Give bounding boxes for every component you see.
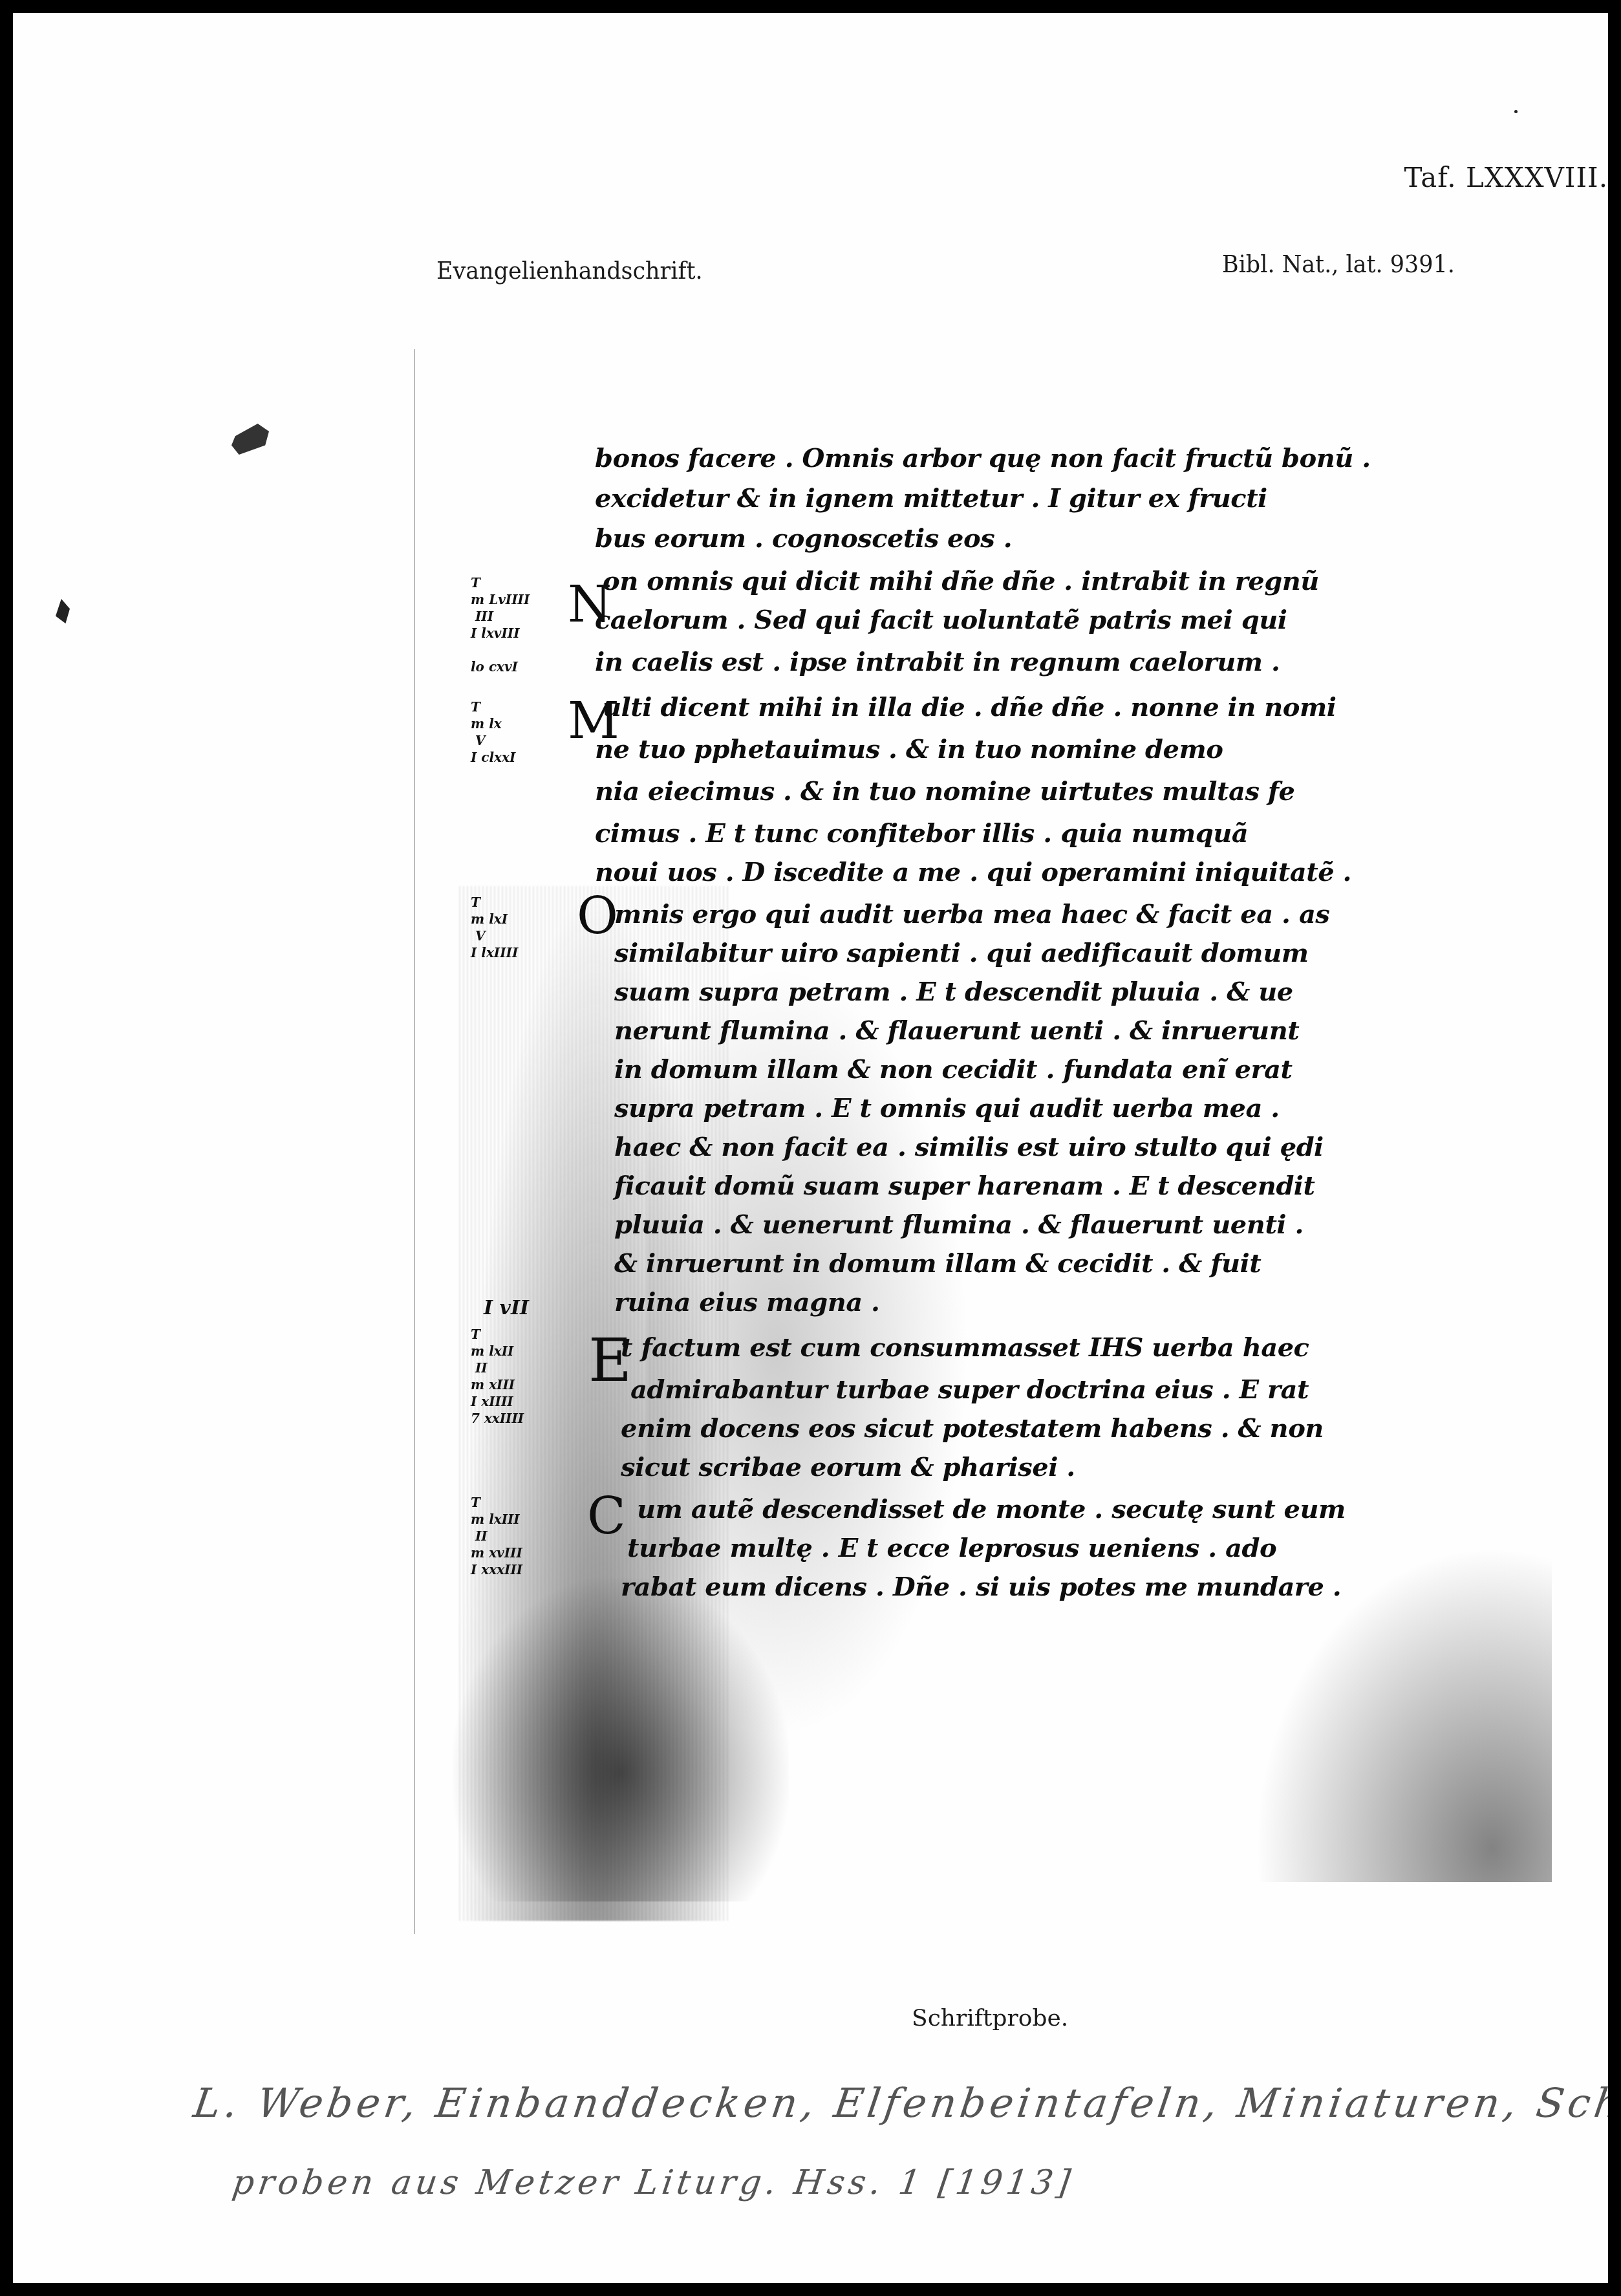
manuscript-line: in domum illam & non cecidit . fundata e… (614, 1054, 1293, 1085)
manuscript-line: enim docens eos sicut potestatem habens … (621, 1413, 1324, 1444)
manuscript-line: nia eiecimus . & in tuo nomine uirtutes … (595, 776, 1295, 807)
manuscript-line: turbae multę . E t ecce leprosus ueniens… (627, 1533, 1276, 1563)
handwritten-citation-line-2: proben aus Metzer Liturg. Hss. 1 [1913] (230, 2163, 1077, 2202)
manuscript-line: noui uos . D iscedite a me . qui operami… (595, 857, 1351, 887)
margin-note: T m lxI V I lxIIII (471, 894, 518, 961)
manuscript-line: on omnis qui dicit mihi dñe dñe . intrab… (603, 566, 1319, 596)
manuscript-line: admirabantur turbae super doctrina eius … (630, 1374, 1309, 1405)
plate-caption: Schriftprobe. (912, 2005, 1068, 2031)
margin-note: T m lx V I clxxI (471, 699, 515, 766)
manuscript-line: sicut scribae eorum & pharisei . (621, 1452, 1075, 1482)
scan-artifact (56, 599, 70, 623)
manuscript-line: suam supra petram . E t descendit pluuia… (614, 977, 1293, 1007)
margin-note: I vII (484, 1300, 529, 1317)
manuscript-line: um autẽ descendisset de monte . secutę s… (637, 1494, 1346, 1524)
manuscript-line: ruina eius magna . (614, 1287, 880, 1317)
scan-shading (453, 1578, 789, 1901)
initial-letter: O (577, 887, 618, 946)
manuscript-line: bus eorum . cognoscetis eos . (595, 523, 1012, 554)
manuscript-line: & inruerunt in domum illam & cecidit . &… (614, 1248, 1261, 1279)
scan-artifact (231, 424, 269, 455)
manuscript-line: t factum est cum consummasset IHS uerba … (621, 1332, 1309, 1363)
library-shelfmark: Bibl. Nat., lat. 9391. (1222, 250, 1455, 278)
manuscript-line: bonos facere . Omnis arbor quę non facit… (595, 443, 1371, 473)
manuscript-line: supra petram . E t omnis qui audit uerba… (614, 1093, 1280, 1123)
manuscript-line: pluuia . & uenerunt flumina . & flauerun… (614, 1209, 1304, 1240)
scan-speck (1514, 110, 1518, 113)
margin-note: T m lxIII II m xvIII I xxxIII (471, 1494, 522, 1578)
manuscript-line: similabitur uiro sapienti . qui aedifica… (614, 938, 1309, 968)
plate-edge (414, 349, 415, 1934)
manuscript-line: cimus . E t tunc confitebor illis . quia… (595, 818, 1248, 849)
manuscript-line: haec & non facit ea . similis est uiro s… (614, 1132, 1324, 1162)
manuscript-line: caelorum . Sed qui facit uoluntatẽ patri… (595, 605, 1287, 635)
manuscript-line: excidetur & in ignem mittetur . I gitur … (595, 483, 1267, 514)
manuscript-line: ficauit domũ suam super harenam . E t de… (614, 1171, 1315, 1201)
plate-number: Taf. LXXXVIII. (1404, 162, 1608, 193)
margin-note: T m LvIIII III I lxvIII lo cxvI (471, 574, 530, 675)
manuscript-line: ulti dicent mihi in illa die . dñe dñe .… (603, 692, 1337, 722)
manuscript-line: mnis ergo qui audit uerba mea haec & fac… (614, 899, 1329, 929)
initial-letter: C (587, 1488, 626, 1546)
manuscript-line: rabat eum dicens . Dñe . si uis potes me… (621, 1572, 1341, 1602)
handwritten-citation-line-1: L. Weber, Einbanddecken, Elfenbeintafeln… (191, 2079, 1608, 2127)
manuscript-line: in caelis est . ipse intrabit in regnum … (595, 647, 1280, 677)
manuscript-line: nerunt flumina . & flauerunt uenti . & i… (614, 1015, 1299, 1046)
manuscript-line: ne tuo pphetauimus . & in tuo nomine dem… (595, 734, 1223, 764)
margin-note: T m lxII II m xIII I xIIII 7 xxIIII (471, 1326, 524, 1427)
document-title: Evangelienhandschrift. (436, 256, 703, 285)
scanned-page: Taf. LXXXVIII. Evangelienhandschrift. Bi… (13, 13, 1608, 2283)
